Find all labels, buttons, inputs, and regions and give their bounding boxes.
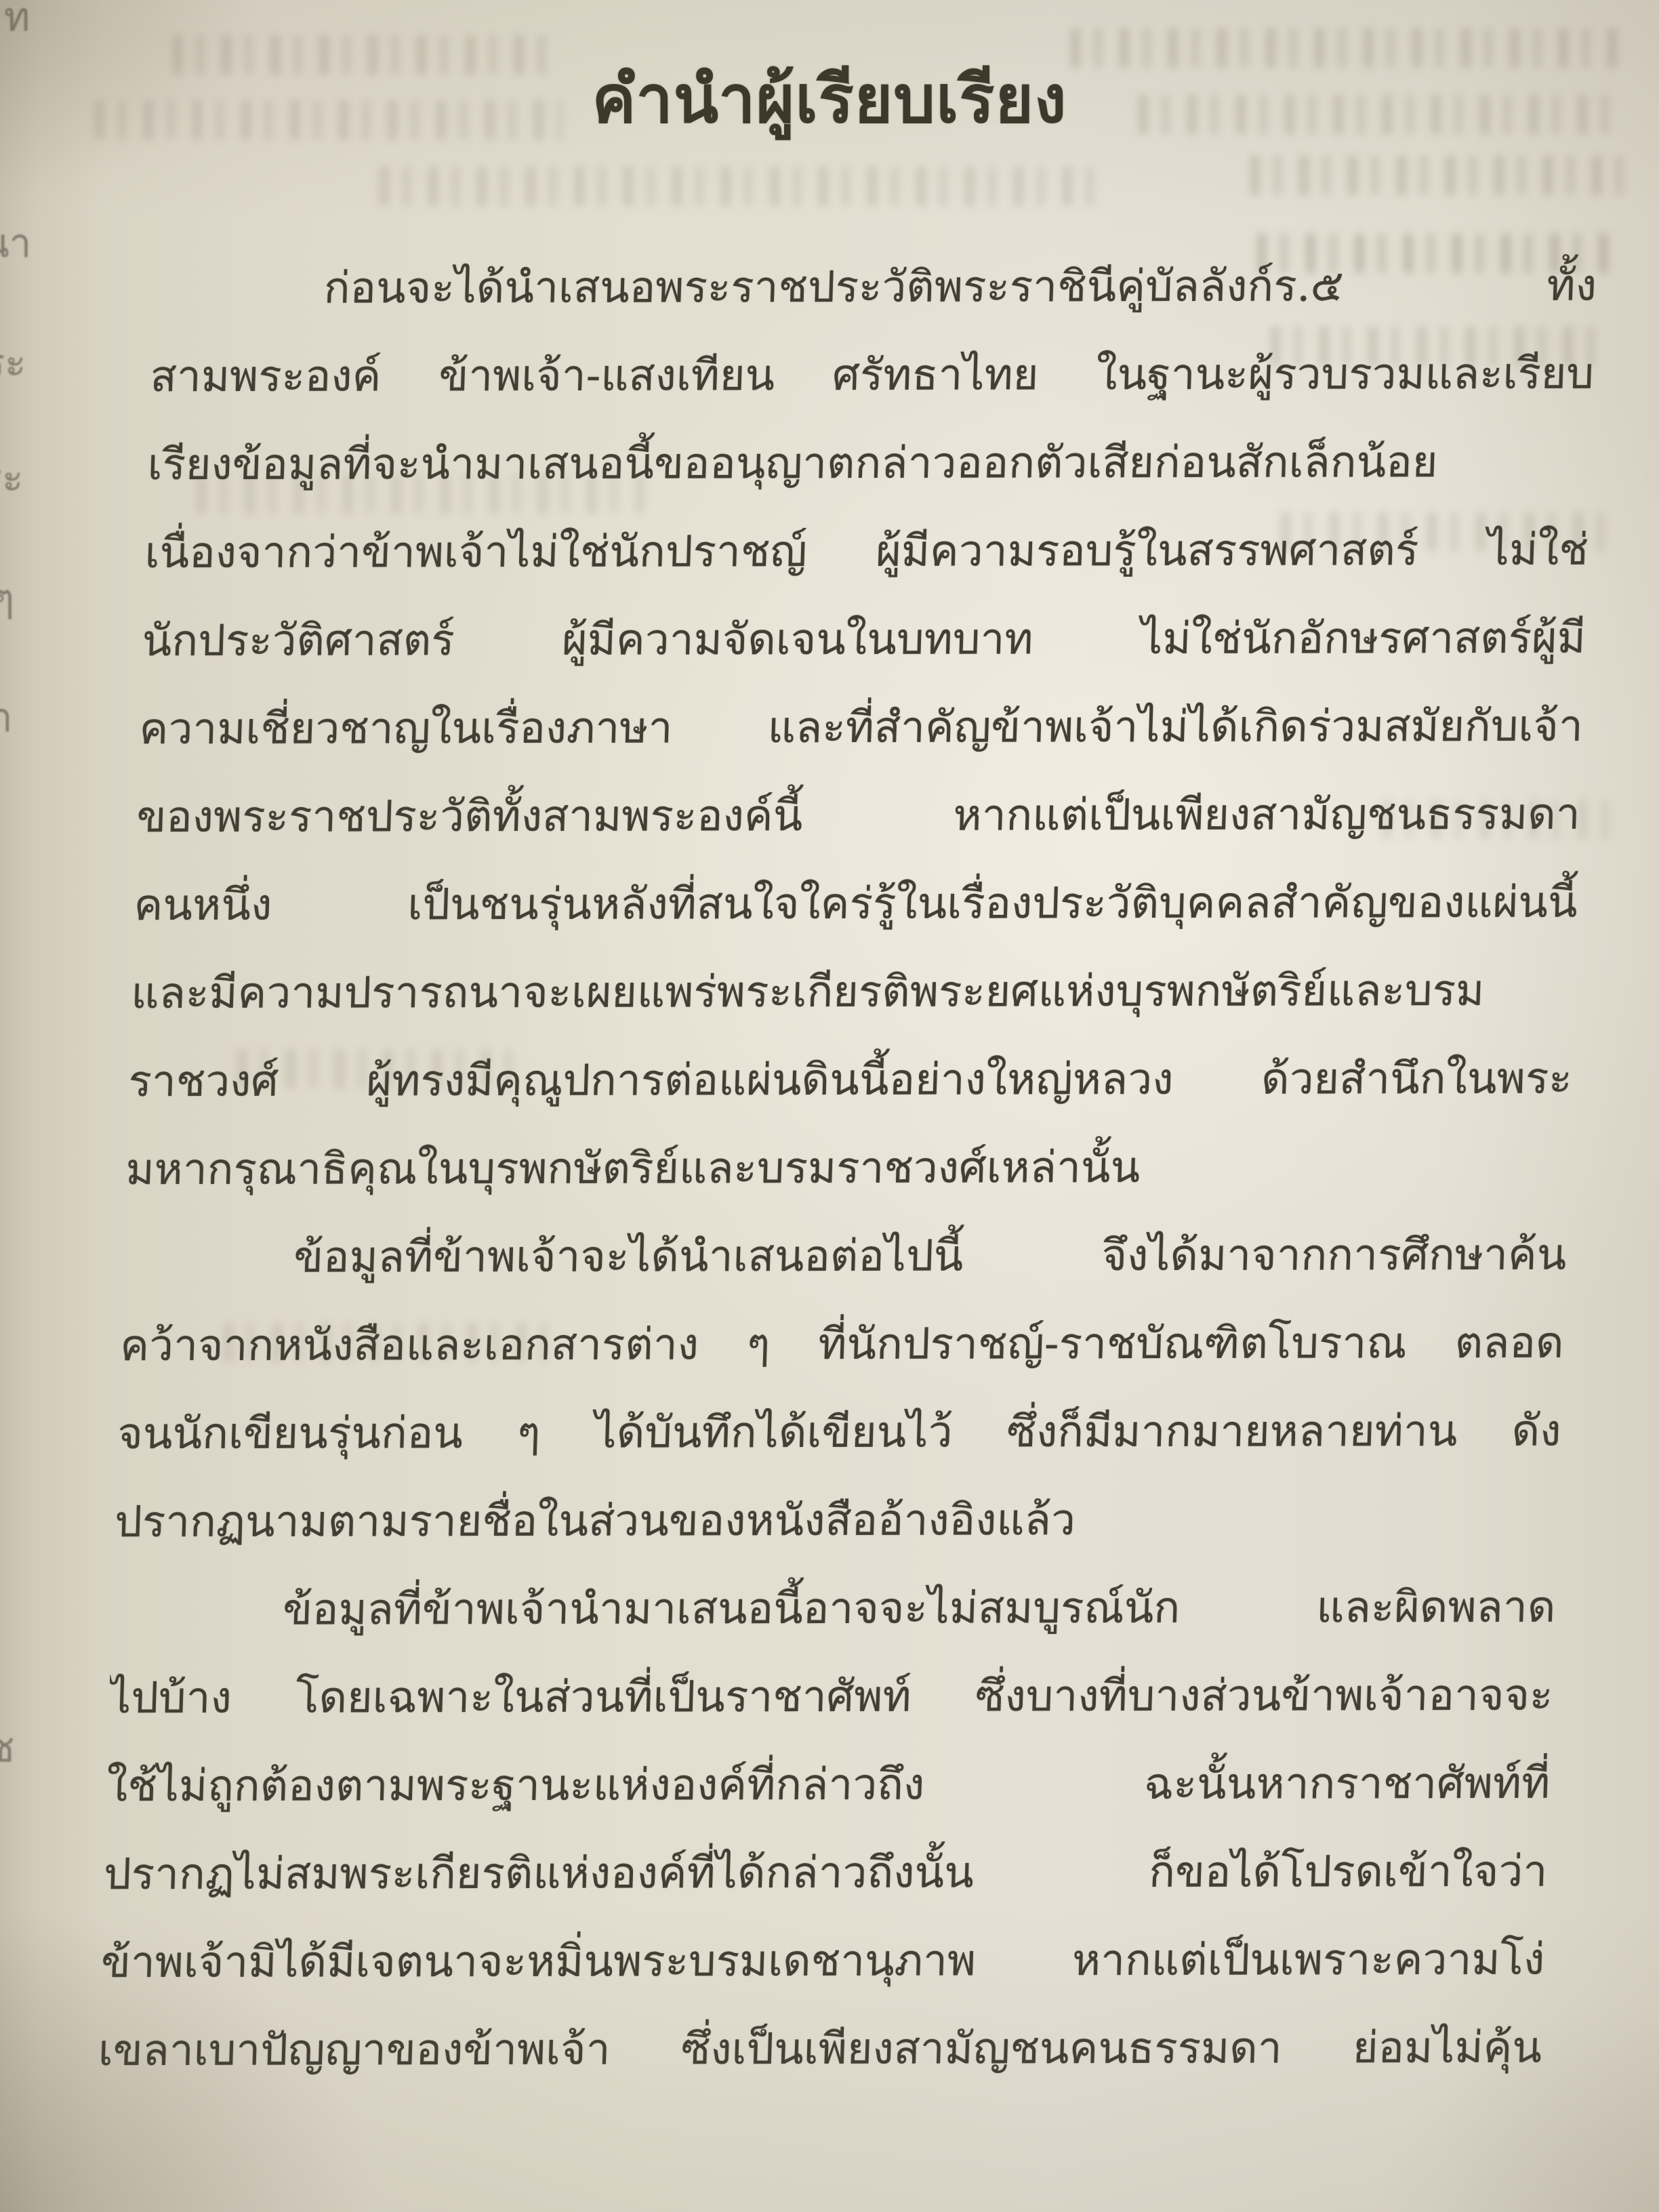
text-line: ไปบ้าง โดยเฉพาะในส่วนที่เป็นราชาศัพท์ ซึ… [108,1651,1554,1742]
edge-text-fragment: ระ [0,446,23,509]
edge-text-fragment: ๆ [0,567,14,630]
text-line: และมีความปรารถนาจะเผยแพร่พระเกียรติพระยศ… [130,946,1576,1037]
text-line: ราชวงศ์ ผู้ทรงมีคุณูปการต่อแผ่นดินนี้อย่… [127,1034,1574,1125]
bleedthrough-streak [1250,156,1630,195]
text-line: ข้อมูลที่ข้าพเจ้านำมาเสนอนี้อาจจะไม่สมบู… [110,1563,1557,1654]
text-line: เขลาเบาปัญญาของข้าพเจ้า ซึ่งเป็นเพียงสาม… [97,2003,1543,2094]
edge-text-fragment: ช [0,1716,14,1779]
text-line: สามพระองค์ ข้าพเจ้า-แสงเทียน ศรัทธาไทย ใ… [149,329,1595,420]
text-line: ก่อนจะได้นำเสนอพระราชประวัติพระราชินีคู่… [152,241,1598,332]
text-line: คนหนึ่ง เป็นชนรุ่นหลังที่สนใจใคร่รู้ในเร… [133,858,1579,949]
text-line: ข้าพเจ้ามิได้มีเจตนาจะหมิ่นพระบรมเดชานุภ… [100,1915,1546,2006]
text-line: เนื่องจากว่าข้าพเจ้าไม่ใช่นักปราชญ์ ผู้ม… [144,506,1590,596]
text-line: คว้าจากหนังสือและเอกสารต่าง ๆ ที่นักปราช… [119,1298,1565,1389]
text-line: จนนักเขียนรุ่นก่อน ๆ ได้บันทึกได้เขียนไว… [116,1387,1562,1477]
text-line: นักประวัติศาสตร์ ผู้มีความจัดเจนในบทบาท … [141,594,1587,684]
text-line: เรียงข้อมูลที่จะนำมาเสนอนี้ขออนุญาตกล่าว… [146,417,1593,508]
edge-text-fragment: ท [4,0,30,48]
text-line: ปรากฏนามตามรายชื่อในส่วนของหนังสืออ้างอิ… [113,1475,1559,1565]
text-line: มหากรุณาธิคุณในบุรพกษัตริย์และบรมราชวงศ์… [124,1122,1570,1213]
bleedthrough-streak [380,167,1111,206]
text-line: ใช้ไม่ถูกต้องตามพระฐานะแห่งองค์ที่กล่าวถ… [105,1739,1551,1830]
book-page-photo: ท นา ระ ระ ๆ า ช คำนำผู้เรียบเรียง ก่อนจ… [0,0,1659,2212]
text-line: ปรากฏไม่สมพระเกียรติแห่งองค์ที่ได้กล่าวถ… [102,1827,1549,1918]
text-line: ข้อมูลที่ข้าพเจ้าจะได้นำเสนอต่อไปนี้ จึง… [121,1210,1568,1301]
edge-text-fragment: า [0,686,13,749]
edge-text-fragment: ระ [0,331,26,394]
body-text: ก่อนจะได้นำเสนอพระราชประวัติพระราชินีคู่… [97,241,1598,2094]
text-line: ความเชี่ยวชาญในเรื่องภาษา และที่สำคัญข้า… [138,682,1584,773]
text-line: ของพระราชประวัติทั้งสามพระองค์นี้ หากแต่… [136,770,1582,861]
edge-text-fragment: นา [0,211,31,274]
page-title: คำนำผู้เรียบเรียง [0,47,1659,151]
